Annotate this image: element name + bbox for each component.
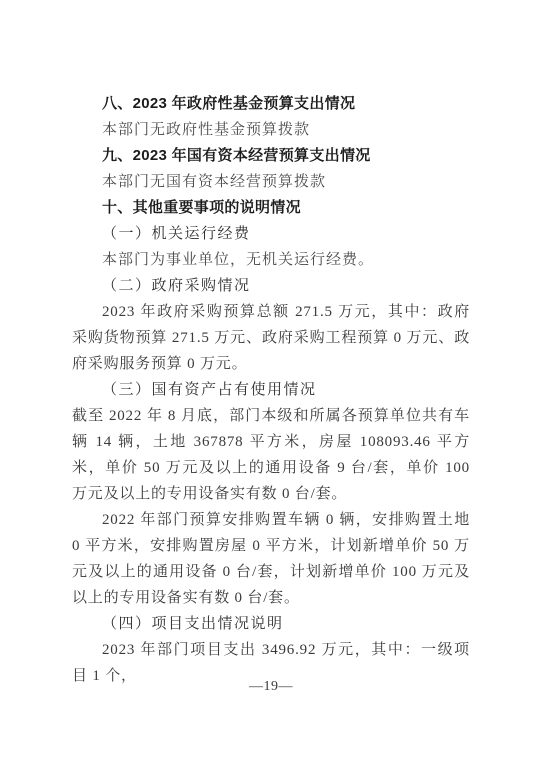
sub-heading-2-procurement: （二）政府采购情况: [72, 273, 470, 299]
note-paragraph-state-capital: 本部门无国有资本经营预算拨款: [72, 169, 470, 195]
document-page: 八、2023 年政府性基金预算支出情况 本部门无政府性基金预算拨款 九、2023…: [0, 0, 543, 768]
section-heading-10: 十、其他重要事项的说明情况: [72, 195, 470, 221]
page-number: —19—: [72, 679, 470, 695]
document-content: 八、2023 年政府性基金预算支出情况 本部门无政府性基金预算拨款 九、2023…: [72, 91, 470, 689]
section-heading-9: 九、2023 年国有资本经营预算支出情况: [72, 143, 470, 169]
body-paragraph-assets-current: 截至 2022 年 8 月底，部门本级和所属各预算单位共有车辆 14 辆，土地 …: [72, 403, 470, 507]
note-paragraph-operating-expenses: 本部门为事业单位，无机关运行经费。: [72, 247, 470, 273]
body-paragraph-assets-planned: 2022 年部门预算安排购置车辆 0 辆，安排购置土地 0 平方米，安排购置房屋…: [72, 507, 470, 611]
section-heading-8: 八、2023 年政府性基金预算支出情况: [72, 91, 470, 117]
sub-heading-4-project-expenditure: （四）项目支出情况说明: [72, 611, 470, 637]
sub-heading-3-state-assets: （三）国有资产占有使用情况: [72, 377, 470, 403]
note-paragraph-gov-fund: 本部门无政府性基金预算拨款: [72, 117, 470, 143]
body-paragraph-procurement: 2023 年政府采购预算总额 271.5 万元，其中：政府采购货物预算 271.…: [72, 299, 470, 377]
sub-heading-1-operating-expenses: （一）机关运行经费: [72, 221, 470, 247]
